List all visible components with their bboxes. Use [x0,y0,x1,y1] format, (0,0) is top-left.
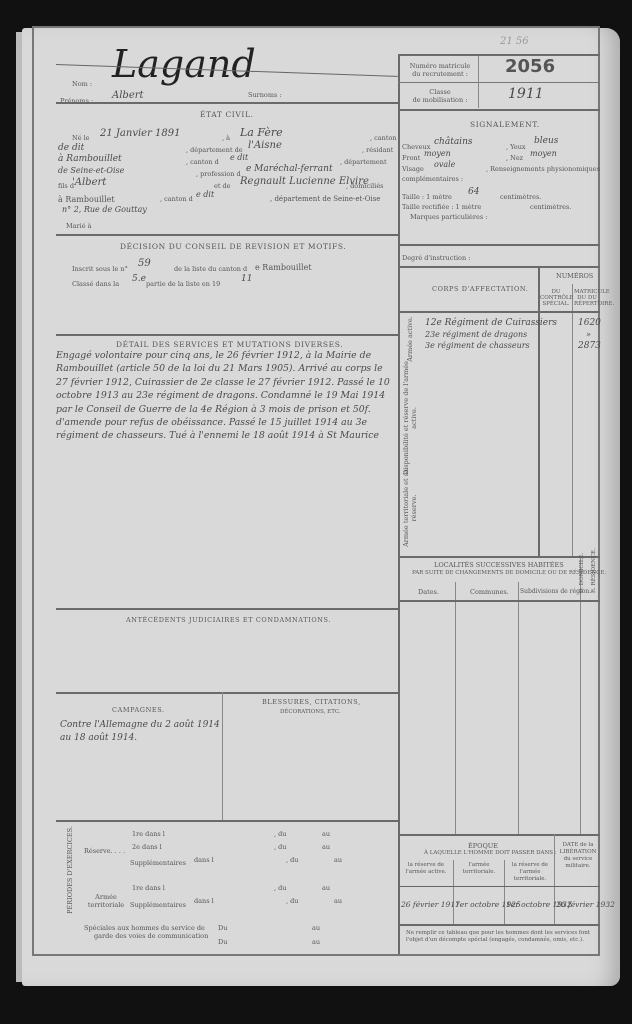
marques-label: Marques particulières : [410,213,487,221]
revision-bottom-rule [56,334,398,336]
reserve-supp-label: Supplémentaires [130,859,186,867]
reserve-2-label: 2e dans l [132,843,162,851]
departement2-label: , département [340,158,387,166]
services-text: Engagé volontaire pour cinq ans, le 26 f… [56,349,394,443]
residant-label: , résidant [362,146,393,154]
services-title: DÉTAIL DES SERVICES ET MUTATIONS DIVERSE… [116,340,343,349]
affectation-divider [538,266,540,556]
matricule-label-1: Numéro matricule [402,62,478,70]
nez-value: moyen [530,149,557,158]
territoriale-1-au: au [322,884,330,892]
numeros-divider [572,284,573,556]
instruction-label: Degré d'instruction : [402,254,470,262]
signalement-bottom-rule [398,244,600,246]
affectation-row-2-corps: 23e régiment de dragons [425,330,527,339]
matricule-header: MATRICULE DU DU RÉPERTOIRE. [574,289,600,307]
recruit-top-rule [398,54,600,56]
centimetres-label: centimètres. [500,193,541,201]
birth-departement: l'Aisne [248,140,282,151]
communes-header: Communes. [470,588,509,596]
column-divider [398,54,400,954]
inscrit-label: Inscrit sous le n° [72,265,128,273]
recruit-bottom-rule [398,109,600,111]
speciales-au-1: au [312,924,320,932]
residence-canton: e dit [230,153,248,162]
speciales-du-1: Du [218,924,227,932]
speciales-au-2: au [312,938,320,946]
signalement-title: SIGNALEMENT. [470,120,540,129]
localites-title: LOCALITÉS SUCCESSIVES HABITÉES [434,561,564,569]
birth-place: La Fère [240,126,283,139]
affectation-row-2-matricule: » [586,330,591,339]
birth-date: 21 Janvier 1891 [100,128,181,139]
speciales-label-1: Spéciales aux hommes du service de [84,924,205,932]
communes-divider [518,582,519,834]
territoriale-supp-au: au [334,897,342,905]
territoriale-supp-du: , du [286,897,298,905]
yeux-value: bleus [534,136,558,146]
services-bottom-rule [56,608,398,610]
epoque-col-1-header: la réserve de l'armée active. [400,862,452,876]
territoriale-1-du: , du [274,884,286,892]
localites-subtitle: PAR SUITE DE CHANGEMENTS DE DOMICILE OU … [412,570,606,576]
campagnes-line-1: Contre l'Allemagne du 2 août 1914 [60,720,220,730]
liberation-divider [554,834,555,924]
domicile-canton: e dit [196,190,214,199]
blessures-subtitle: DÉCORATIONS, ETC. [280,709,341,715]
taille-rectifiee-label: Taille rectifiée : 1 mètre [402,203,481,211]
front-value: moyen [424,149,451,158]
taille-value: 64 [468,187,479,197]
localites-bottom-rule [398,834,600,836]
subdivisions-header: Subdivisions de région. [520,588,591,595]
canton-label: , canton [370,134,397,142]
numeros-header: NUMÉROS [556,272,593,280]
controle-header: DU CONTRÔLE SPÉCIAL. [540,289,572,307]
epoque-title: ÉPOQUE [468,842,498,850]
residence-departement: de Seine-et-Oise [58,166,124,175]
domicile-canton-label: , canton d [160,195,193,203]
territoriale-supp-dans: dans l [194,897,214,905]
mere-label: et de [214,182,231,190]
recruit-mid-rule [398,82,600,83]
affectation-row-1-corps: 12e Régiment de Cuirassiers [425,318,557,328]
ne-le-label: Né le [72,134,90,142]
epoque-col-3-header: la réserve de l'armée territoriale. [506,862,554,883]
corps-header: CORPS D'AFFECTATION. [432,285,528,293]
matricule-label-2: du recrutement : [402,70,478,78]
domicilies-label: , domiciliés [346,182,384,190]
affectation-header-rule [398,311,600,313]
surnoms-label: Surnoms : [248,91,282,99]
instruction-bottom-rule [398,266,600,268]
classe-label-2: de mobilisation : [402,96,478,104]
profession: e Maréchal-ferrant [246,164,333,174]
partie-label: partie de la liste en 19 [146,280,220,288]
affectation-row-3-matricule: 2873 [578,341,601,351]
prenoms-value: Albert [112,90,144,101]
affectation-bottom-rule [398,556,600,558]
yeux-label: , Yeux [506,143,526,151]
reserve-2-du: , du [274,843,286,851]
territoriale-1-label: 1re dans l [132,884,165,892]
birth-canton: de dit [58,143,84,153]
reserve-2-au: au [322,843,330,851]
inscrit-number: 59 [138,258,151,269]
epoque-note: Ne remplir ce tableau que pour les homme… [406,930,600,944]
speciales-du-2: Du [218,938,227,946]
antecedents-title: ANTÉCÉDENTS JUDICIAIRES ET CONDAMNATIONS… [126,616,331,624]
dates-header: Dates. [418,588,439,596]
reserve-1-du: , du [274,830,286,838]
classe-dans-label: Classé dans la [72,280,119,288]
recruit-brace [478,56,479,108]
epoque-header-rule [400,886,600,887]
identity-bottom-rule [56,102,398,104]
domicile-header: D. DOMICILE. [579,553,585,593]
matricule-value: 2056 [505,56,555,77]
centimetres-label-2: centimètres. [530,203,571,211]
conseil-revision-title: DÉCISION DU CONSEIL DE REVISION ET MOTIF… [120,242,346,251]
affectation-row-3-corps: 3e régiment de chasseurs [425,341,530,350]
residence-header: R. RÉSIDENCE. [591,553,597,593]
marie-label: Marié à [66,222,92,230]
profession-label: , profession d [196,170,241,178]
dates-divider [455,582,456,834]
classe-value: 1911 [508,86,544,102]
campagnes-line-2: au 18 août 1914. [60,733,137,743]
etat-civil-bottom-rule [56,234,398,236]
liberation-date: 26 février 1932 [556,900,615,909]
classe-label-1: Classe [402,88,478,96]
epoque-reserve-active: 26 février 1917 [401,900,460,909]
campagnes-divider [222,692,223,820]
reserve-label: Réserve. . . . [84,847,125,855]
visage-value: ovale [434,160,455,169]
periodes-side-label: PÉRIODES D'EXERCICES. [66,854,74,914]
front-label: Front [402,154,420,162]
reserve-1-au: au [322,830,330,838]
epoque-col-2-header: l'armée territoriale. [454,862,504,876]
father-name: 'Albert [72,177,106,188]
localites-header-rule [400,600,600,602]
affectation-row-1-matricule: 1620 [578,318,601,328]
reserve-supp-au: au [334,856,342,864]
epoque-divider-2 [504,860,505,924]
territoriale-supp-label: Supplémentaires [130,901,186,909]
etat-civil-title: ÉTAT CIVIL. [200,110,254,119]
territoriale-label: Armée territoriale et sa réserve. [402,458,418,558]
campagnes-bottom-rule [56,820,398,822]
blessures-title: BLESSURES, CITATIONS, [262,698,361,706]
residence: à Rambouillet [58,154,122,164]
liberation-header: DATE de la LIBÉRATION du service militai… [556,842,600,870]
speciales-label-2: garde des voies de communication [94,932,208,940]
revision-year: 11 [241,274,252,284]
epoque-subtitle: À LAQUELLE L'HOMME DOIT PASSER DANS : [424,850,557,856]
canton2-label: , canton d [186,158,219,166]
nom-label: Nom : [72,80,92,88]
armee-territoriale-label: Armée territoriale [86,893,126,909]
reserve-supp-dans: dans l [194,856,214,864]
partie-value: 5.e [132,274,146,284]
antecedents-bottom-rule [56,692,398,694]
epoque-bottom-rule [398,924,600,926]
reserve-supp-du: , du [286,856,298,864]
epoque-divider-1 [453,860,454,924]
reserve-1-label: 1re dans l [132,830,165,838]
nom-value: Lagand [112,42,256,86]
nez-label: , Nez [506,154,523,162]
domicile-address: n° 2, Rue de Gouttay [62,205,147,214]
taille-label: Taille : 1 mètre [402,193,452,201]
visage-label: Visage [402,165,424,173]
liste-label: de la liste du canton d [174,265,247,273]
localites-domicile-divider [580,556,581,834]
revision-canton: e Rambouillet [255,263,312,272]
cheveux-value: châtains [434,137,472,147]
renseignements-label: , Renseignements physionomiques [486,165,600,173]
campagnes-title: CAMPAGNES. [112,706,165,714]
domicile-departement: , département de Seine-et-Oise [270,195,380,203]
birth-place-label: , à [222,134,230,142]
domicile-town: à Rambouillet [58,195,115,204]
complementaires-label: complémentaires : [402,175,463,183]
